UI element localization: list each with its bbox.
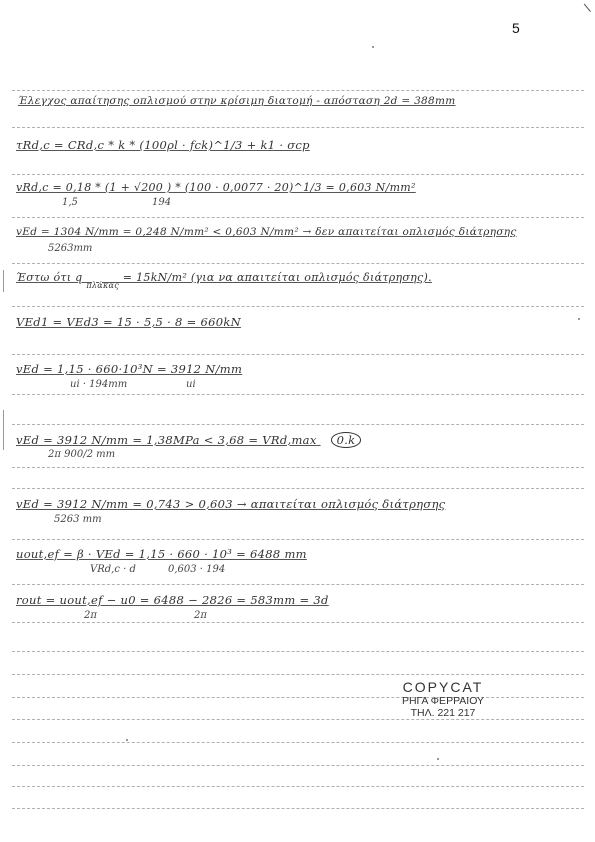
ved-load: VEd1 = VEd3 = 15 · 5,5 · 8 = 660kN — [16, 315, 241, 329]
ruled-line — [12, 651, 584, 652]
ruled-line — [12, 719, 584, 720]
ved-max: vEd = 3912 N/mm = 1,38MPa < 3,68 = VRd,m… — [16, 432, 361, 448]
copy-shop-stamp: COPYCAT ΡΗΓΑ ΦΕΡΡΑΙΟΥ ΤΗΛ. 221 217 — [388, 679, 498, 719]
ved-check-denominator: 5263mm — [48, 243, 92, 254]
stamp-address: ΡΗΓΑ ΦΕΡΡΑΙΟΥ — [388, 695, 498, 707]
ruled-line — [12, 127, 584, 128]
ved-required: vEd = 3912 N/mm = 0,743 > 0,603 → απαιτε… — [16, 497, 445, 511]
calc-vrdc-root-denominator: 194 — [152, 197, 171, 208]
ruled-line — [12, 424, 584, 425]
margin-mark — [3, 410, 4, 450]
ved-max-text: vEd = 3912 N/mm = 1,38MPa < 3,68 = VRd,m… — [16, 433, 317, 447]
ruled-line — [12, 354, 584, 355]
assume-q: Έστω ότι q πλάκας = 15kN/m² (για να απαι… — [16, 271, 432, 290]
ved-max-denominator: 2π 900/2 mm — [48, 449, 115, 460]
scan-speck — [437, 758, 439, 760]
ruled-line — [12, 622, 584, 623]
assume-q-label: Έστω ότι q — [16, 271, 83, 284]
calc-vrdc: vRd,c = 0,18 * (1 + √200 ) * (100 · 0,00… — [16, 181, 416, 194]
ruled-line — [12, 786, 584, 787]
ok-badge: 0.k — [331, 432, 362, 448]
ved-perimeter-denominator-2: ui — [186, 379, 196, 390]
uout-ef-denominator: VRd,c · d — [90, 564, 136, 575]
assume-q-subscript: πλάκας — [86, 281, 119, 290]
scan-speck — [372, 46, 374, 48]
ruled-line — [12, 217, 584, 218]
ruled-line — [12, 394, 584, 395]
ved-check: vEd = 1304 N/mm = 0,248 N/mm² < 0,603 N/… — [16, 226, 517, 238]
rout-denominator-2: 2π — [194, 610, 207, 621]
heading-line: Έλεγχος απαίτησης οπλισμού στην κρίσιμη … — [18, 95, 456, 107]
ruled-line — [12, 539, 584, 540]
stamp-name: COPYCAT — [388, 679, 498, 695]
ruled-line — [12, 90, 584, 91]
ruled-line — [12, 674, 584, 675]
uout-ef: uout,ef = β · VEd = 1,15 · 660 · 10³ = 6… — [16, 547, 307, 561]
ruled-line — [12, 742, 584, 743]
assume-q-value: = 15kN/m² (για να απαιτείται οπλισμός δι… — [123, 271, 432, 284]
ved-required-denominator: 5263 mm — [54, 514, 102, 525]
scan-speck — [578, 318, 580, 320]
calc-vrdc-denominator: 1,5 — [62, 197, 78, 208]
uout-ef-denominator-2: 0,603 · 194 — [168, 564, 225, 575]
rout-denominator: 2π — [84, 610, 97, 621]
ruled-line — [12, 306, 584, 307]
ved-perimeter: vEd = 1,15 · 660·10³N = 3912 N/mm — [16, 362, 242, 376]
ruled-line — [12, 584, 584, 585]
ruled-line — [12, 263, 584, 264]
ved-perimeter-denominator: ui · 194mm — [70, 379, 127, 390]
scan-speck — [126, 739, 128, 741]
formula-vrdc: τRd,c = CRd,c * k * (100ρl · fck)^1/3 + … — [16, 138, 310, 152]
ruled-line — [12, 808, 584, 809]
ruled-line — [12, 467, 584, 468]
ruled-line — [12, 697, 584, 698]
stamp-phone: ΤΗΛ. 221 217 — [388, 707, 498, 719]
ruled-line — [12, 765, 584, 766]
ruled-line — [12, 488, 584, 489]
ruled-line — [12, 174, 584, 175]
margin-mark — [3, 270, 4, 292]
page-number: 5 — [512, 20, 520, 36]
rout: rout = uout,ef − u0 = 6488 − 2826 = 583m… — [16, 593, 329, 607]
corner-mark — [576, 4, 591, 19]
